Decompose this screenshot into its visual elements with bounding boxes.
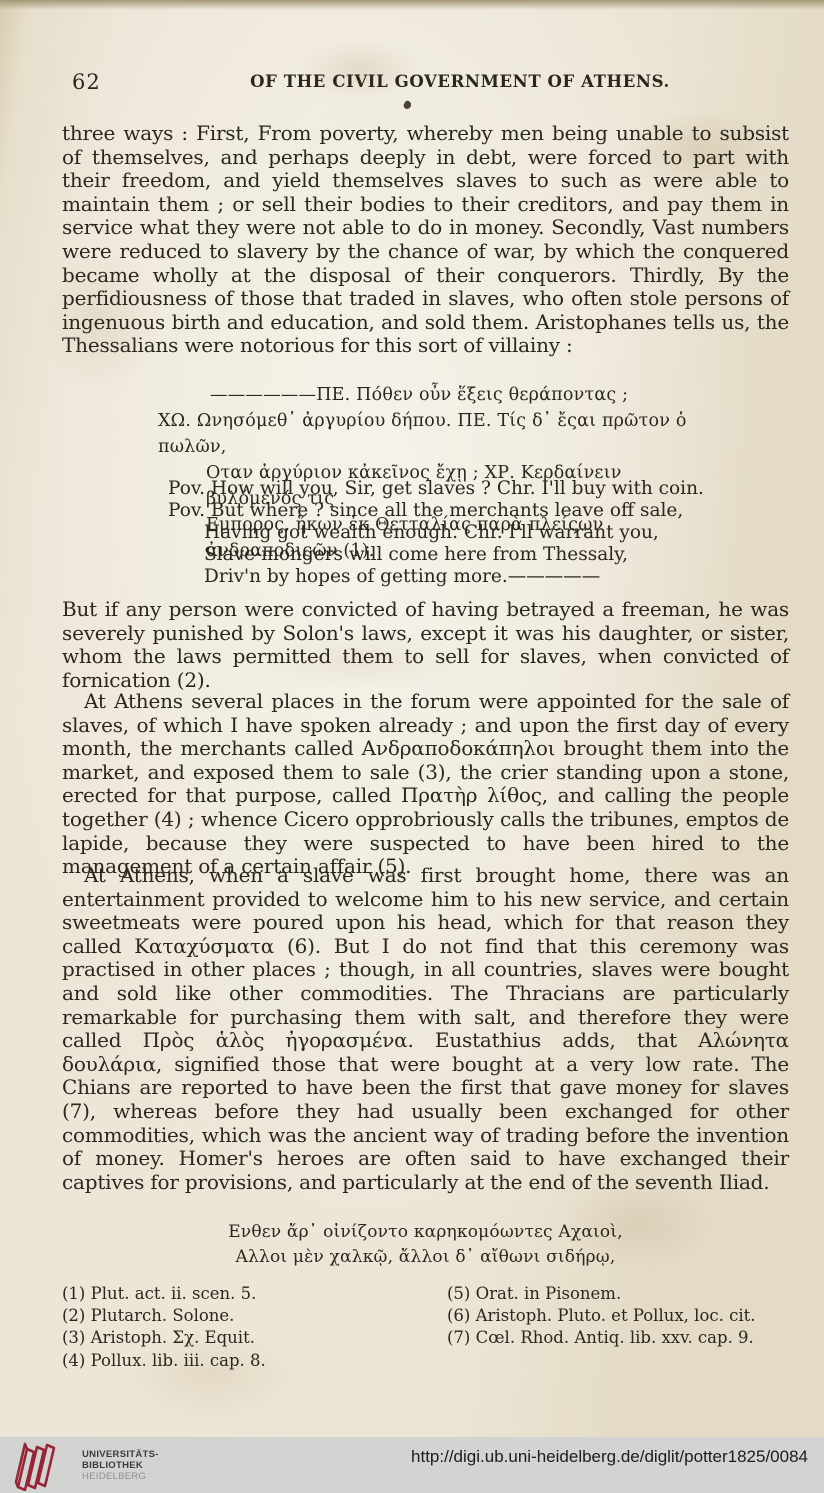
greek-verse-iliad: Ενθεν ἄρ᾽ οἰνίζοντο καρηκομόωντες Αχαιοὶ… [62,1220,789,1270]
english-quote-line: Pov. How will you, Sir, get slaves ? Chr… [168,478,748,500]
paragraph-slave-customs: At Athens, when a slave was first brough… [62,864,789,1194]
library-name-line2: BIBLIOTHEK [82,1460,159,1471]
running-head-title: OF THE CIVIL GOVERNMENT OF ATHENS. [130,72,790,91]
paper-stain [300,40,420,100]
page-number: 62 [72,70,101,94]
footnote: (7) Cœl. Rhod. Antiq. lib. xxv. cap. 9. [447,1327,789,1349]
footnote: (6) Aristoph. Pluto. et Pollux, loc. cit… [447,1305,789,1327]
footnote: (3) Aristoph. Σχ. Equit. [62,1327,447,1349]
digital-library-footer-bar: UNIVERSITÄTS- BIBLIOTHEK HEIDELBERG http… [0,1437,824,1493]
verse-line: Αλλοι μὲν χαλκῷ, ἄλλοι δ᾽ αἴθωνι σιδήρῳ, [62,1245,789,1270]
scanned-page: 62 OF THE CIVIL GOVERNMENT OF ATHENS. th… [0,0,824,1437]
english-quote-line: Having got wealth enough. Chr. I'll warr… [204,522,748,544]
footnote: (2) Plutarch. Solone. [62,1305,447,1327]
english-translation-quote: J. A. Pov. How will you, Sir, get slaves… [168,478,748,588]
paragraph-solon-laws: But if any person were convicted of havi… [62,598,789,692]
scanned-book-page-viewer: 62 OF THE CIVIL GOVERNMENT OF ATHENS. th… [0,0,824,1493]
source-url-link[interactable]: http://digi.ub.uni-heidelberg.de/diglit/… [411,1447,808,1467]
english-quote-line: Driv'n by hopes of getting more.————— [204,566,748,588]
english-quote-line: Slave-mongers will come here from Thessa… [204,544,748,566]
paragraph-slavery-three-ways: three ways : First, From poverty, whereb… [62,122,789,358]
footnote: (4) Pollux. lib. iii. cap. 8. [62,1350,447,1372]
library-name-line3: HEIDELBERG [82,1471,159,1482]
library-name-line1: UNIVERSITÄTS- [82,1449,159,1460]
footnote: (1) Plut. act. ii. scen. 5. [62,1283,447,1305]
ink-speck [403,100,413,110]
heidelberg-library-logo[interactable]: UNIVERSITÄTS- BIBLIOTHEK HEIDELBERG [14,1441,224,1491]
footnotes-left-column: (1) Plut. act. ii. scen. 5.(2) Plutarch.… [62,1283,447,1372]
paragraph-forum-slave-sale: At Athens several places in the forum we… [62,690,789,879]
footnotes: (1) Plut. act. ii. scen. 5.(2) Plutarch.… [62,1283,789,1372]
greek-quote-line: ΧΩ. Ωνησόμεθ᾽ ἀργυρίου δήπου. ΠΕ. Τίς δ᾽… [158,408,718,460]
greek-quote-line: ——————ΠΕ. Πόθεν οὖν ἕξεις θεράποντας ; [210,382,718,408]
english-quote-line: Pov. But where ? since all the merchants… [168,500,748,522]
library-name: UNIVERSITÄTS- BIBLIOTHEK HEIDELBERG [82,1449,159,1482]
verse-line: Ενθεν ἄρ᾽ οἰνίζοντο καρηκομόωντες Αχαιοὶ… [62,1220,789,1245]
footnote: (5) Orat. in Pisonem. [447,1283,789,1305]
footnotes-right-column: (5) Orat. in Pisonem.(6) Aristoph. Pluto… [447,1283,789,1372]
